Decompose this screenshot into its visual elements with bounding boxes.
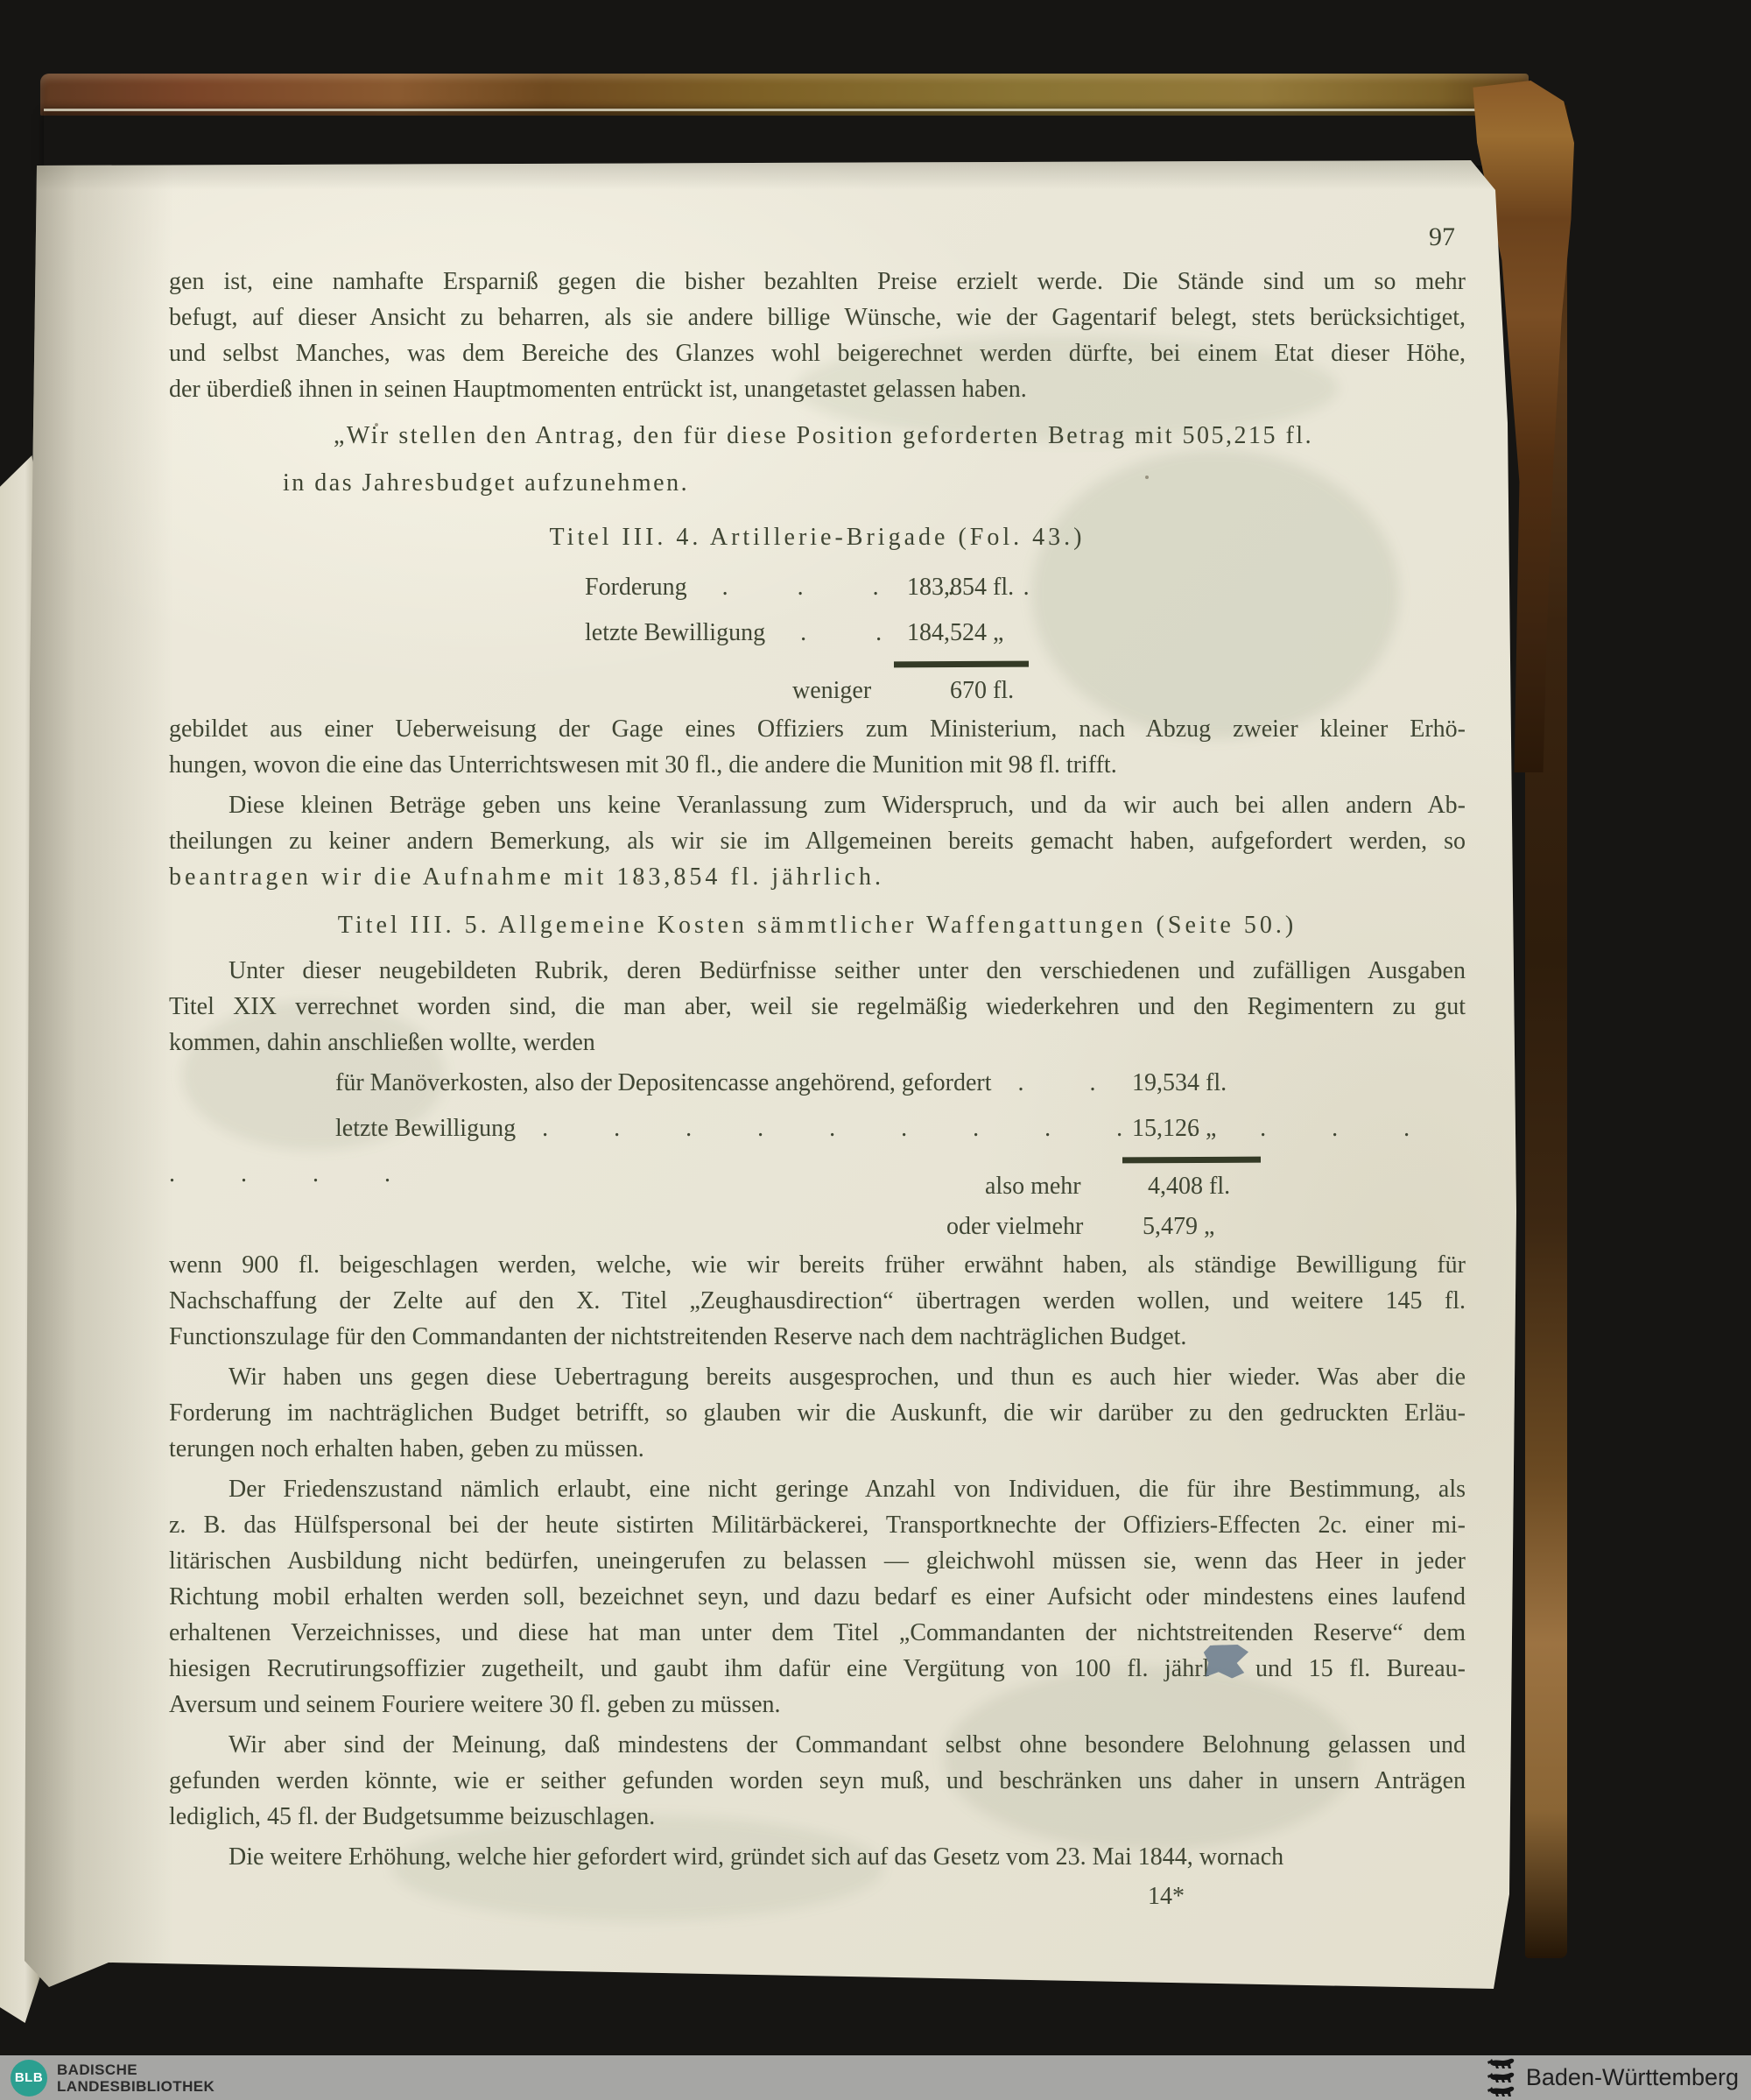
- library-name-line2: LANDESBIBLIOTHEK: [57, 2078, 214, 2095]
- result-value: 4,408 fl.: [1148, 1166, 1230, 1207]
- paragraph: Diese kleinen Beträge geben uns keine Ve…: [169, 787, 1466, 895]
- text-line: Die weitere Erhöhung, welche hier geford…: [169, 1839, 1466, 1875]
- paragraph: Der Friedenszustand nämlich erlaubt, ein…: [169, 1471, 1466, 1723]
- ledger-row: Forderung. . . . .183,854 fl.: [169, 565, 1466, 610]
- text-line: hungen, wovon die eine das Unterrichtswe…: [169, 747, 1466, 783]
- ledger-label: für Manöverkosten, also der Depositencas…: [335, 1069, 992, 1096]
- result-row: also mehr4,408 fl.: [169, 1166, 1466, 1207]
- text-line: terungen noch erhalten haben, geben zu m…: [169, 1431, 1466, 1467]
- text-line: und selbst Manches, was dem Bereiche des…: [169, 335, 1466, 371]
- leader-dots: . .: [1018, 1069, 1126, 1096]
- text-line: Nachschaffung der Zelte auf den X. Titel…: [169, 1283, 1466, 1319]
- section-heading: Titel III. 4. Artillerie-Brigade (Fol. 4…: [169, 516, 1466, 560]
- text-line: Unter dieser neugebildeten Rubrik, deren…: [169, 953, 1466, 989]
- sum-rule: [1122, 1157, 1261, 1164]
- ledger-value: 19,534 fl.: [1132, 1061, 1227, 1106]
- paragraph: Die weitere Erhöhung, welche hier geford…: [169, 1839, 1466, 1875]
- result-row: weniger670 fl.: [169, 671, 1466, 711]
- text-line: z. B. das Hülfspersonal bei der heute si…: [169, 1507, 1466, 1543]
- sum-rule: [894, 661, 1029, 668]
- baden-wuerttemberg-lions-icon: [1487, 2058, 1515, 2098]
- result-value: 670 fl.: [950, 671, 1014, 711]
- ledger-label: Forderung: [585, 574, 687, 601]
- text-line: gen ist, eine namhafte Ersparniß gegen d…: [169, 264, 1466, 299]
- result-label: weniger: [792, 671, 871, 711]
- text-line: litärischen Ausbildung nicht bedürfen, u…: [169, 1543, 1466, 1579]
- page-number: 97: [169, 222, 1466, 253]
- text-line: Richtung mobil erhalten werden soll, bez…: [169, 1579, 1466, 1615]
- ink-smudge: ich: [1209, 1651, 1239, 1687]
- ledger-label: letzte Bewilligung: [335, 1115, 516, 1142]
- text-line: Forderung im nachträglichen Budget betri…: [169, 1395, 1466, 1431]
- page-content: 97 gen ist, eine namhafte Ersparniß gege…: [25, 160, 1529, 1917]
- text-run: und 15 fl. Bureau-: [1240, 1655, 1466, 1682]
- ledger-value: 15,126 „: [1132, 1106, 1216, 1152]
- text-line: „Wir stellen den Antrag, den für diese P…: [334, 412, 1466, 460]
- library-logo: BLB BADISCHE LANDESBIBLIOTHEK: [11, 2060, 214, 2096]
- text-line: Diese kleinen Beträge geben uns keine Ve…: [169, 787, 1466, 823]
- leader-dots: . .: [800, 619, 913, 646]
- paragraph: gebildet aus einer Ueberweisung der Gage…: [169, 711, 1466, 783]
- ledger-block: für Manöverkosten, also der Depositencas…: [169, 1061, 1466, 1152]
- ledger-row: letzte Bewilligung. .184,524 „: [169, 610, 1466, 656]
- result-value: 5,479 „: [1143, 1207, 1214, 1247]
- text-run: hiesigen Recrutirungsoffizier zugetheilt…: [169, 1655, 1209, 1682]
- text-line: gebildet aus einer Ueberweisung der Gage…: [169, 711, 1466, 747]
- book-page: 97 gen ist, eine namhafte Ersparniß gege…: [25, 160, 1529, 1993]
- text-line: Aversum und seinem Fouriere weitere 30 f…: [169, 1687, 1466, 1723]
- paragraph: Wir aber sind der Meinung, daß mindesten…: [169, 1727, 1466, 1835]
- result-label: oder vielmehr: [946, 1207, 1083, 1247]
- result-row: oder vielmehr5,479 „: [169, 1207, 1466, 1247]
- result-label: also mehr: [985, 1166, 1081, 1207]
- ledger-row: für Manöverkosten, also der Depositencas…: [169, 1061, 1466, 1106]
- text-line: gefunden werden könnte, wie er seither g…: [169, 1763, 1466, 1799]
- section-heading: Titel III. 5. Allgemeine Kosten sämmtlic…: [169, 904, 1466, 948]
- text-line: theilungen zu keiner andern Bemerkung, a…: [169, 823, 1466, 859]
- text-line: erhaltenen Verzeichnisses, und diese hat…: [169, 1615, 1466, 1651]
- paragraph: gen ist, eine namhafte Ersparniß gegen d…: [169, 264, 1466, 407]
- text-line: befugt, auf dieser Ansicht zu beharren, …: [169, 299, 1466, 335]
- ledger-row: letzte Bewilligung. . . . . . . . . . . …: [169, 1106, 1466, 1152]
- state-label: Baden-Württemberg: [1526, 2064, 1739, 2091]
- ledger-value: 184,524 „: [907, 610, 1003, 656]
- paragraph: wenn 900 fl. beigeschlagen werden, welch…: [169, 1247, 1466, 1355]
- library-name: BADISCHE LANDESBIBLIOTHEK: [57, 2061, 214, 2095]
- state-brand: Baden-Württemberg: [1487, 2058, 1739, 2098]
- text-line: Functionszulage für den Commandanten der…: [169, 1319, 1466, 1355]
- text-line: in das Jahresbudget aufzunehmen.: [283, 460, 1466, 507]
- text-line: der überdieß ihnen in seinen Hauptmoment…: [169, 371, 1466, 407]
- motion-quote: „Wir stellen den Antrag, den für diese P…: [169, 412, 1466, 507]
- printer-signature-mark: 14*: [1148, 1877, 1466, 1917]
- footer-bar: BLB BADISCHE LANDESBIBLIOTHEK Baden-Würt…: [0, 2055, 1751, 2100]
- text-line: hiesigen Recrutirungsoffizier zugetheilt…: [169, 1651, 1466, 1687]
- ledger-value: 183,854 fl.: [907, 565, 1014, 610]
- text-line: kommen, dahin anschließen wollte, werden: [169, 1025, 1466, 1061]
- text-line: Wir aber sind der Meinung, daß mindesten…: [169, 1727, 1466, 1763]
- text-line: wenn 900 fl. beigeschlagen werden, welch…: [169, 1247, 1466, 1283]
- text-line: lediglich, 45 fl. der Budgetsumme beizus…: [169, 1799, 1466, 1835]
- page-top-edges: [44, 109, 1525, 166]
- text-flow: gen ist, eine namhafte Ersparniß gegen d…: [169, 264, 1466, 1875]
- text-line: Wir haben uns gegen diese Uebertragung b…: [169, 1359, 1466, 1395]
- text-line: beantragen wir die Aufnahme mit 183,854 …: [169, 859, 1466, 895]
- paragraph: Unter dieser neugebildeten Rubrik, deren…: [169, 953, 1466, 1061]
- paragraph: Wir haben uns gegen diese Uebertragung b…: [169, 1359, 1466, 1467]
- library-name-line1: BADISCHE: [57, 2061, 214, 2078]
- ledger-block: Forderung. . . . .183,854 fl.letzte Bewi…: [169, 565, 1466, 656]
- ledger-label: letzte Bewilligung: [585, 619, 765, 646]
- blb-logo-circle: BLB: [11, 2060, 47, 2096]
- text-line: Der Friedenszustand nämlich erlaubt, ein…: [169, 1471, 1466, 1507]
- text-line: Titel XIX verrechnet worden sind, die ma…: [169, 989, 1466, 1025]
